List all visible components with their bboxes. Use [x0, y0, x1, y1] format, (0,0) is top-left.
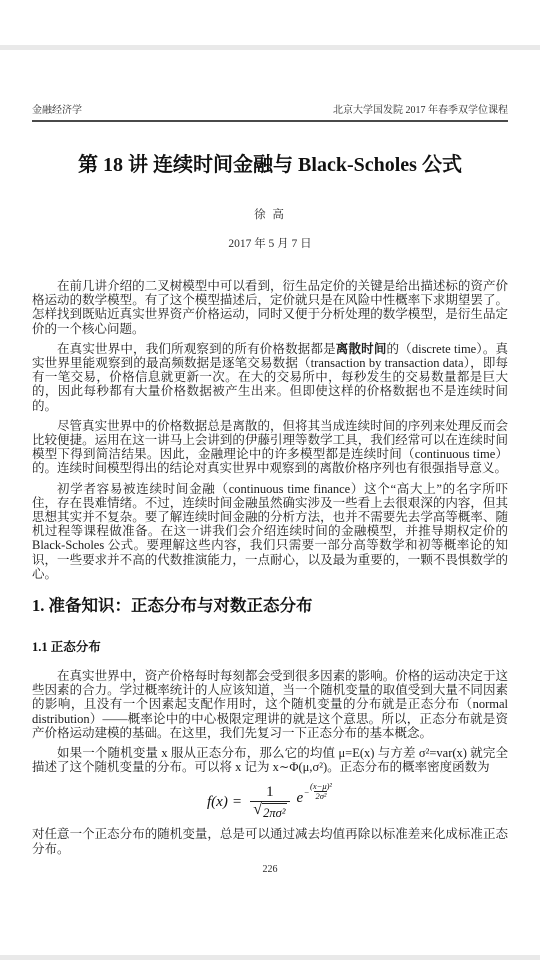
- paragraph-beginner: 初学者容易被连续时间金融（continuous time finance）这个“…: [32, 482, 508, 581]
- formula-equals: =: [233, 794, 241, 811]
- subsection-heading-1-1: 1.1 正态分布: [32, 639, 508, 655]
- document-body: 在前几讲介绍的二叉树模型中可以看到，衍生品定价的关键是给出描述标的资产价格运动的…: [32, 279, 508, 875]
- page-title: 第 18 讲 连续时间金融与 Black-Scholes 公式: [32, 152, 508, 178]
- formula-exponent: − (x−μ)² 2σ²: [304, 782, 333, 801]
- paragraph-discrete-pre: 在真实世界中，我们所观察到的所有价格数据都是: [57, 342, 336, 356]
- pdf-viewer: 金融经济学 北京大学国发院 2017 年春季双学位课程 第 18 讲 连续时间金…: [0, 0, 540, 960]
- paragraph-normal-distribution: 在真实世界中，资产价格每时每刻都会受到很多因素的影响。价格的运动决定于这些因素的…: [32, 669, 508, 740]
- page-number: 226: [32, 864, 508, 875]
- formula-main-fraction: 1 √ 2πσ²: [250, 784, 289, 821]
- header-left-text: 金融经济学: [32, 104, 82, 117]
- formula-denominator: √ 2πσ²: [250, 801, 289, 821]
- exponent-denominator: 2σ²: [314, 791, 327, 801]
- paragraph-continuous-time: 尽管真实世界中的价格数据总是离散的，但将其当成连续时间的序列来处理反而会比较便捷…: [32, 419, 508, 476]
- paragraph-standardize: 对任意一个正态分布的随机变量，总是可以通过减去均值再除以标准差来化成标准正态分布…: [32, 827, 508, 855]
- paragraph-random-variable: 如果一个随机变量 x 服从正态分布，那么它的均值 μ=E(x) 与方差 σ²=v…: [32, 746, 508, 774]
- formula-radicand: 2πσ²: [262, 803, 286, 821]
- author-name: 徐 高: [32, 206, 508, 222]
- exponent-fraction: (x−μ)² 2σ²: [309, 782, 333, 801]
- paragraph-intro: 在前几讲介绍的二叉树模型中可以看到，衍生品定价的关键是给出描述标的资产价格运动的…: [32, 279, 508, 336]
- formula-numerator: 1: [264, 784, 276, 801]
- formula-e-base: e: [297, 789, 304, 807]
- header-rule: [32, 120, 508, 122]
- page-gap-bottom: [0, 955, 540, 960]
- running-header: 金融经济学 北京大学国发院 2017 年春季双学位课程: [32, 104, 508, 117]
- header-right-text: 北京大学国发院 2017 年春季双学位课程: [333, 104, 508, 117]
- sqrt-symbol: √: [253, 803, 262, 817]
- exponent-numerator: (x−μ)²: [309, 782, 333, 791]
- formula-lhs: f(x): [207, 794, 228, 811]
- bold-term-discrete-time: 离散时间: [336, 342, 387, 356]
- document-page: 金融经济学 北京大学国发院 2017 年春季双学位课程 第 18 讲 连续时间金…: [0, 50, 540, 955]
- paragraph-discrete-time: 在真实世界中，我们所观察到的所有价格数据都是离散时间的（discrete tim…: [32, 342, 508, 413]
- formula-exponential-term: e − (x−μ)² 2σ²: [297, 787, 333, 806]
- section-heading-1: 1. 准备知识：正态分布与对数正态分布: [32, 595, 508, 617]
- lecture-date: 2017 年 5 月 7 日: [32, 235, 508, 251]
- normal-pdf-formula: f(x) = 1 √ 2πσ² e − (x−μ)² 2σ²: [32, 784, 508, 821]
